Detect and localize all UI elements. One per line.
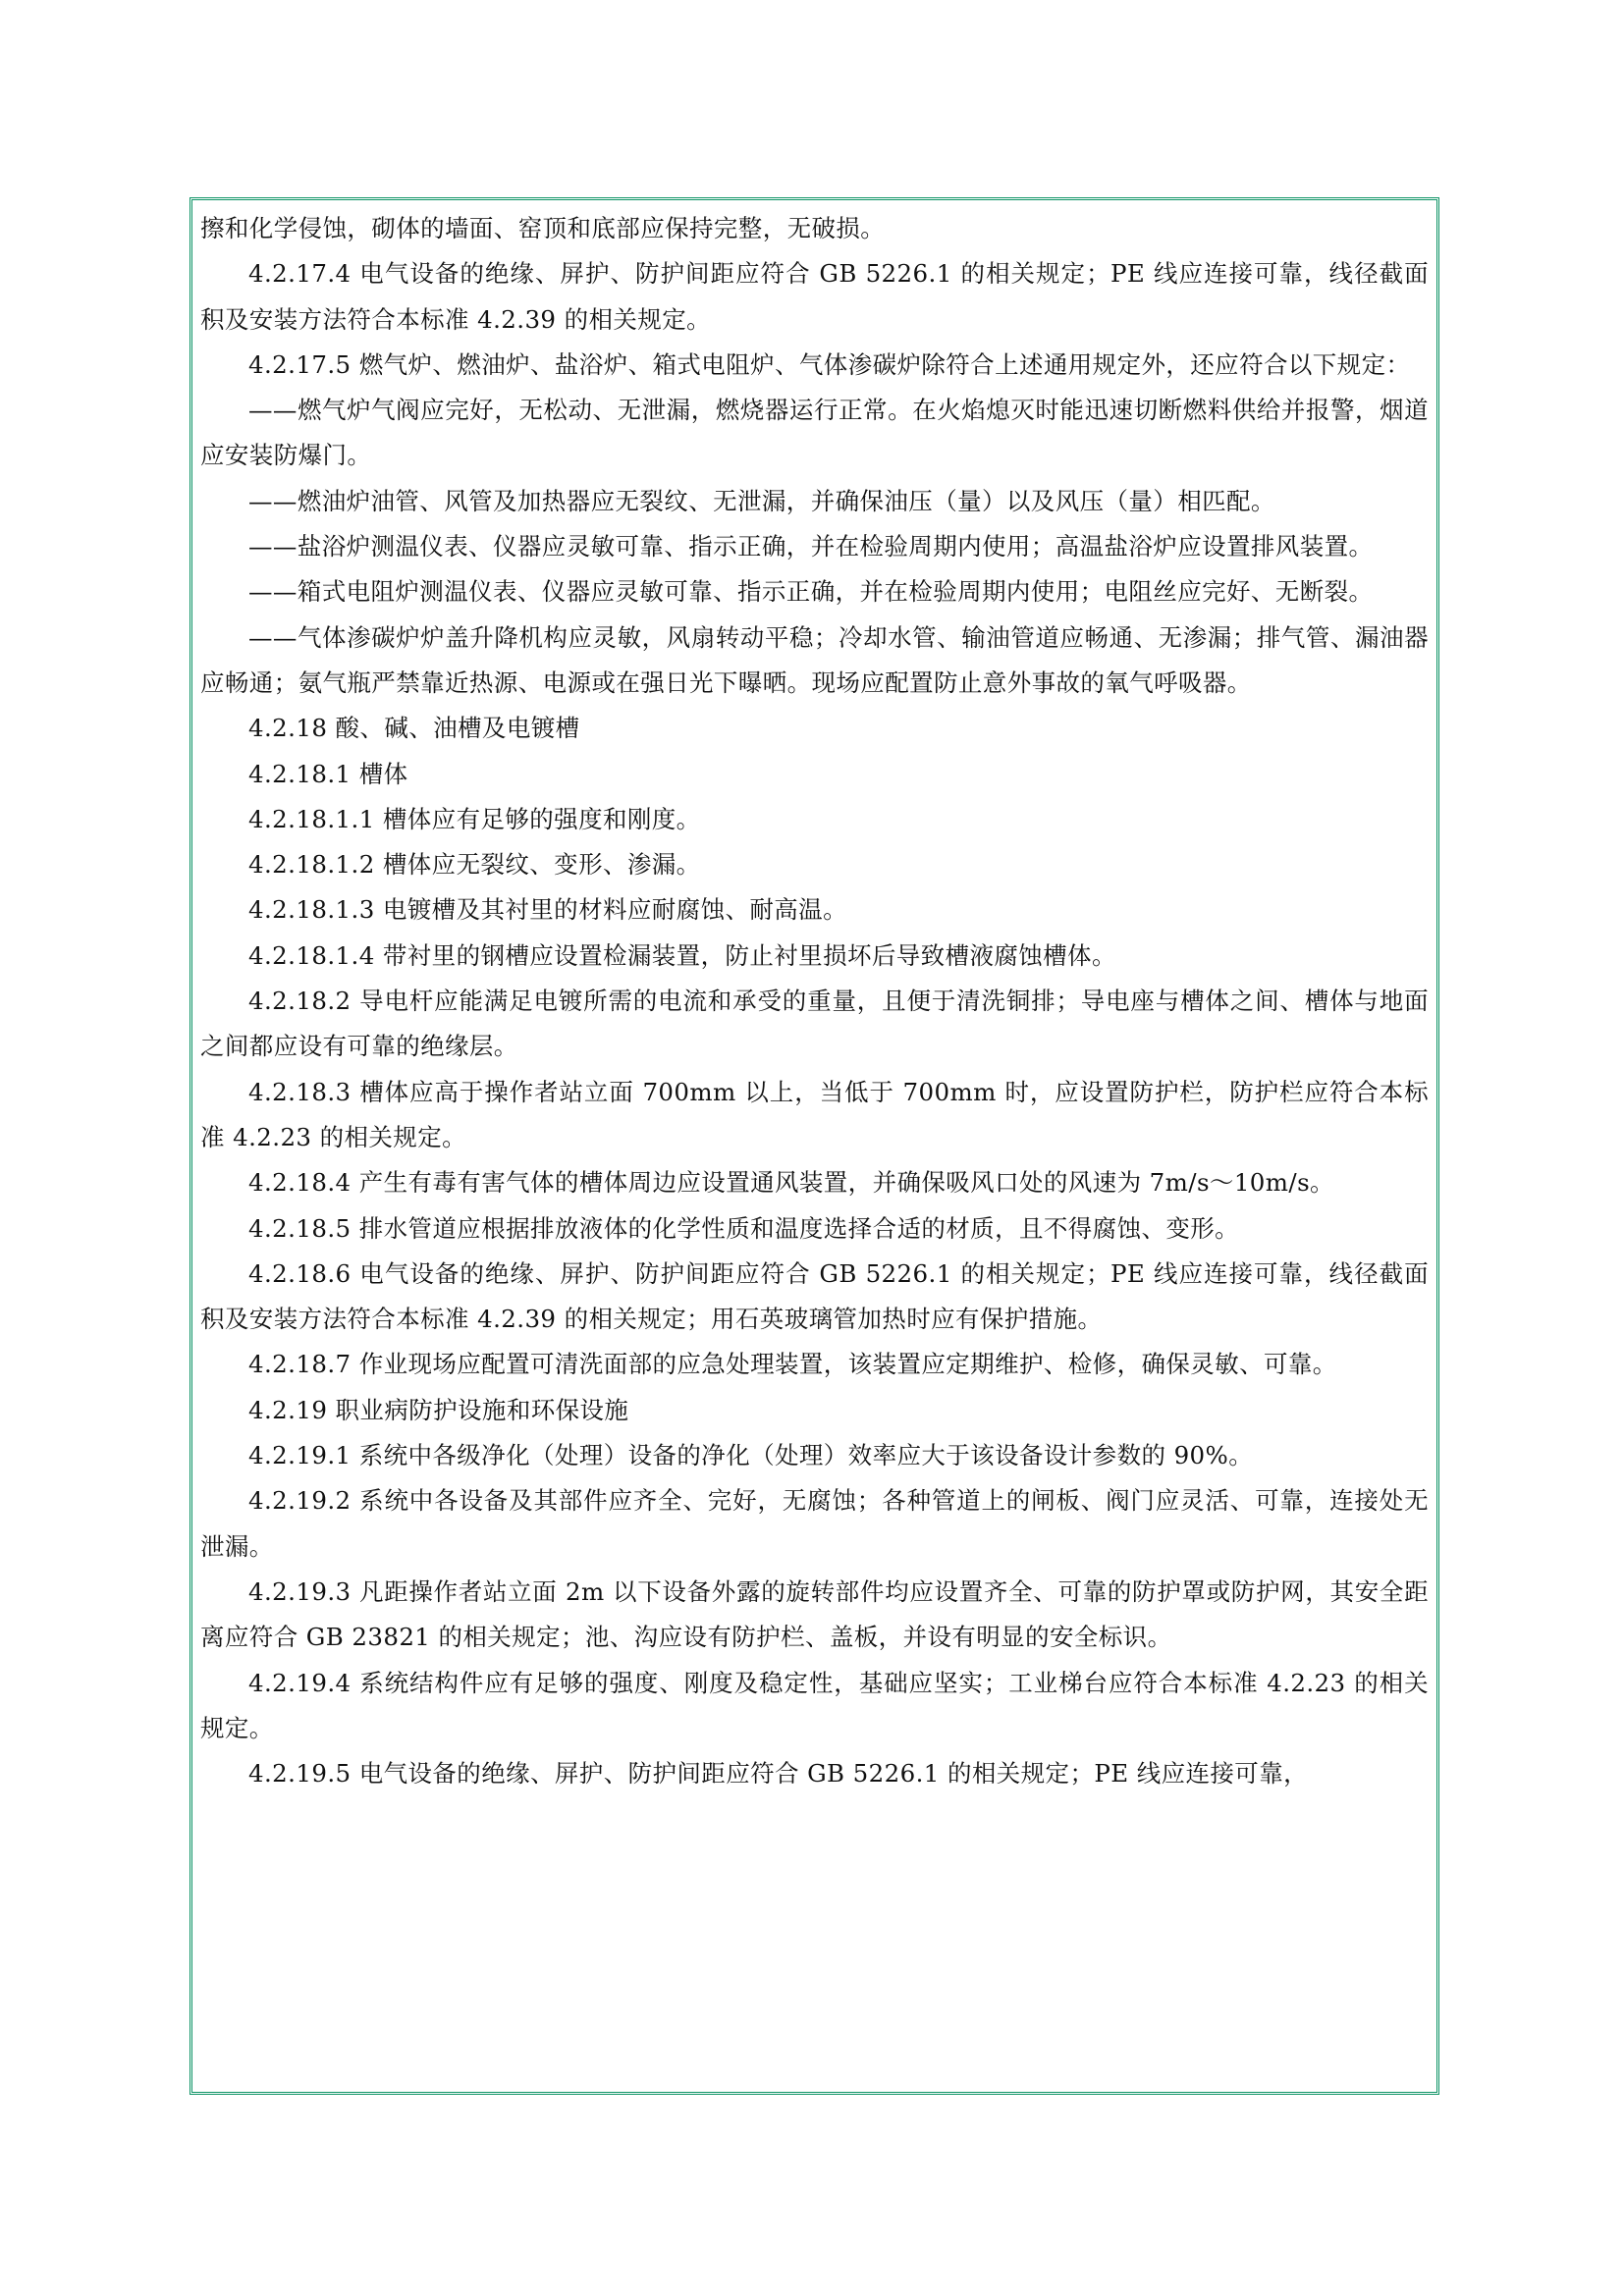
clause-4-2-19-5: 4.2.19.5 电气设备的绝缘、屏护、防护间距应符合 GB 5226.1 的相… (200, 1751, 1429, 1796)
clause-4-2-19-2: 4.2.19.2 系统中各设备及其部件应齐全、完好，无腐蚀；各种管道上的闸板、阀… (200, 1478, 1429, 1570)
clause-4-2-18-1-1: 4.2.18.1.1 槽体应有足够的强度和刚度。 (200, 797, 1429, 842)
clause-4-2-18-1-4: 4.2.18.1.4 带衬里的钢槽应设置检漏装置，防止衬里损坏后导致槽液腐蚀槽体… (200, 934, 1429, 979)
clause-4-2-18-1-2: 4.2.18.1.2 槽体应无裂纹、变形、渗漏。 (200, 842, 1429, 887)
clause-4-2-18-2: 4.2.18.2 导电杆应能满足电镀所需的电流和承受的重量，且便于清洗铜排；导电… (200, 979, 1429, 1070)
clause-4-2-17-4: 4.2.17.4 电气设备的绝缘、屏护、防护间距应符合 GB 5226.1 的相… (200, 251, 1429, 343)
section-heading-4-2-19: 4.2.19 职业病防护设施和环保设施 (200, 1388, 1429, 1433)
clause-4-2-17-5: 4.2.17.5 燃气炉、燃油炉、盐浴炉、箱式电阻炉、气体渗碳炉除符合上述通用规… (200, 343, 1429, 388)
list-item-oil-furnace: ——燃油炉油管、风管及加热器应无裂纹、无泄漏，并确保油压（量）以及风压（量）相匹… (200, 479, 1429, 524)
list-item-gas-furnace: ——燃气炉气阀应完好，无松动、无泄漏，燃烧器运行正常。在火焰熄灭时能迅速切断燃料… (200, 388, 1429, 479)
clause-4-2-18-1-3: 4.2.18.1.3 电镀槽及其衬里的材料应耐腐蚀、耐高温。 (200, 887, 1429, 933)
clause-4-2-18-4: 4.2.18.4 产生有毒有害气体的槽体周边应设置通风装置，并确保吸风口处的风速… (200, 1160, 1429, 1205)
clause-4-2-19-3: 4.2.19.3 凡距操作者站立面 2m 以下设备外露的旋转部件均应设置齐全、可… (200, 1570, 1429, 1661)
clause-4-2-18-5: 4.2.18.5 排水管道应根据排放液体的化学性质和温度选择合适的材质，且不得腐… (200, 1206, 1429, 1252)
clause-4-2-18-6: 4.2.18.6 电气设备的绝缘、屏护、防护间距应符合 GB 5226.1 的相… (200, 1252, 1429, 1343)
list-item-salt-bath-furnace: ——盐浴炉测温仪表、仪器应灵敏可靠、指示正确，并在检验周期内使用；高温盐浴炉应设… (200, 524, 1429, 569)
list-item-gas-carburizing-furnace: ——气体渗碳炉炉盖升降机构应灵敏，风扇转动平稳；冷却水管、输油管道应畅通、无渗漏… (200, 615, 1429, 707)
clause-4-2-19-4: 4.2.19.4 系统结构件应有足够的强度、刚度及稳定性，基础应坚实；工业梯台应… (200, 1661, 1429, 1752)
clause-4-2-18-3: 4.2.18.3 槽体应高于操作者站立面 700mm 以上，当低于 700mm … (200, 1070, 1429, 1161)
document-body: 擦和化学侵蚀，砌体的墙面、窑顶和底部应保持完整，无破损。 4.2.17.4 电气… (200, 206, 1429, 1796)
list-item-box-resistance-furnace: ——箱式电阻炉测温仪表、仪器应灵敏可靠、指示正确，并在检验周期内使用；电阻丝应完… (200, 569, 1429, 614)
clause-4-2-18-7: 4.2.18.7 作业现场应配置可清洗面部的应急处理装置，该装置应定期维护、检修… (200, 1342, 1429, 1387)
section-heading-4-2-18: 4.2.18 酸、碱、油槽及电镀槽 (200, 706, 1429, 751)
clause-4-2-19-1: 4.2.19.1 系统中各级净化（处理）设备的净化（处理）效率应大于该设备设计参… (200, 1433, 1429, 1478)
document-frame: 擦和化学侵蚀，砌体的墙面、窑顶和底部应保持完整，无破损。 4.2.17.4 电气… (189, 197, 1439, 2095)
paragraph-continuation: 擦和化学侵蚀，砌体的墙面、窑顶和底部应保持完整，无破损。 (200, 206, 1429, 251)
subsection-heading-4-2-18-1: 4.2.18.1 槽体 (200, 752, 1429, 797)
